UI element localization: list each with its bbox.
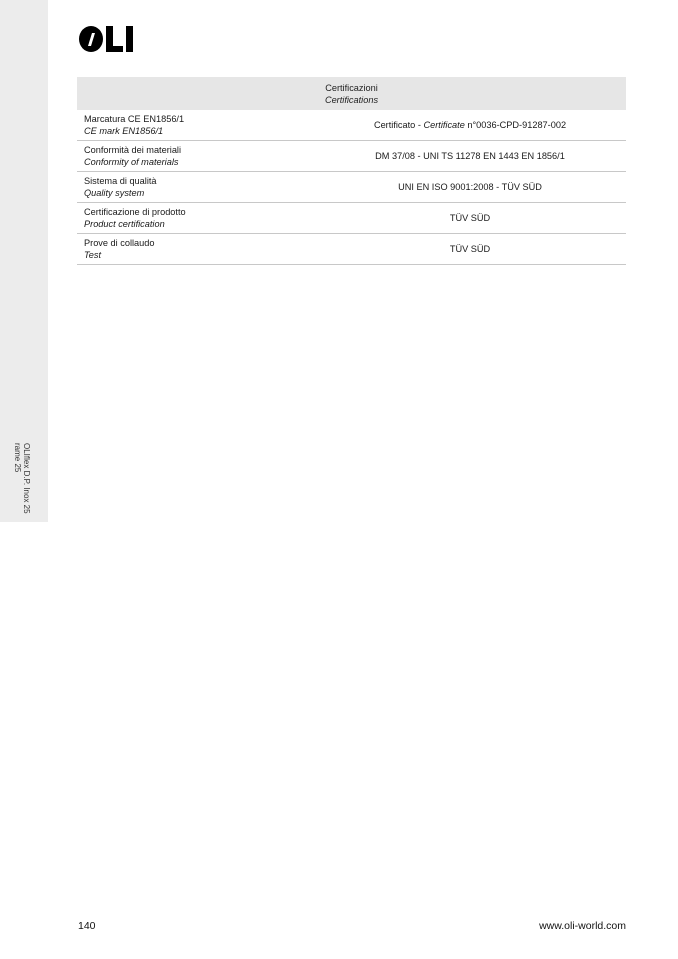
- product-name: OLIflex D.P. Inox 25: [22, 443, 31, 523]
- table-row: Certificazione di prodotto Product certi…: [77, 203, 626, 234]
- row-value: DM 37/08 - UNI TS 11278 EN 1443 EN 1856/…: [314, 141, 626, 172]
- oli-logo: [78, 25, 138, 53]
- page-number: 140: [78, 920, 96, 932]
- row-label: Sistema di qualità Quality system: [77, 172, 314, 203]
- value-suffix: n°0036-CPD-91287-002: [465, 120, 566, 130]
- row-value: TÜV SÜD: [314, 234, 626, 265]
- header-title-it: Certificazioni: [77, 82, 626, 94]
- value-prefix: Certificato -: [374, 120, 424, 130]
- product-side-label: OLIflex D.P. Inox 25 rame 25: [13, 443, 31, 523]
- label-en: Quality system: [84, 187, 314, 199]
- row-label: Prove di collaudo Test: [77, 234, 314, 265]
- label-en: Test: [84, 249, 314, 261]
- label-en: Conformity of materials: [84, 156, 314, 168]
- row-value: Certificato - Certificate n°0036-CPD-912…: [314, 110, 626, 141]
- product-variant: rame 25: [13, 443, 22, 523]
- table-header: Certificazioni Certifications: [77, 77, 626, 110]
- table-row: Prove di collaudo Test TÜV SÜD: [77, 234, 626, 265]
- row-label: Conformità dei materiali Conformity of m…: [77, 141, 314, 172]
- value-italic: Certificate: [423, 120, 464, 130]
- oli-logo-icon: [78, 25, 138, 53]
- row-value: UNI EN ISO 9001:2008 - TÜV SÜD: [314, 172, 626, 203]
- label-it: Sistema di qualità: [84, 175, 314, 187]
- website-link[interactable]: www.oli-world.com: [539, 920, 626, 932]
- label-en: CE mark EN1856/1: [84, 125, 314, 137]
- table-row: Conformità dei materiali Conformity of m…: [77, 141, 626, 172]
- label-en: Product certification: [84, 218, 314, 230]
- table-row: Marcatura CE EN1856/1 CE mark EN1856/1 C…: [77, 110, 626, 141]
- header-title-en: Certifications: [77, 94, 626, 106]
- label-it: Marcatura CE EN1856/1: [84, 113, 314, 125]
- row-label: Marcatura CE EN1856/1 CE mark EN1856/1: [77, 110, 314, 141]
- table-header-row: Certificazioni Certifications: [77, 77, 626, 110]
- certifications-table: Certificazioni Certifications Marcatura …: [77, 77, 626, 265]
- row-value: TÜV SÜD: [314, 203, 626, 234]
- label-it: Prove di collaudo: [84, 237, 314, 249]
- label-it: Conformità dei materiali: [84, 144, 314, 156]
- row-label: Certificazione di prodotto Product certi…: [77, 203, 314, 234]
- label-it: Certificazione di prodotto: [84, 206, 314, 218]
- table-row: Sistema di qualità Quality system UNI EN…: [77, 172, 626, 203]
